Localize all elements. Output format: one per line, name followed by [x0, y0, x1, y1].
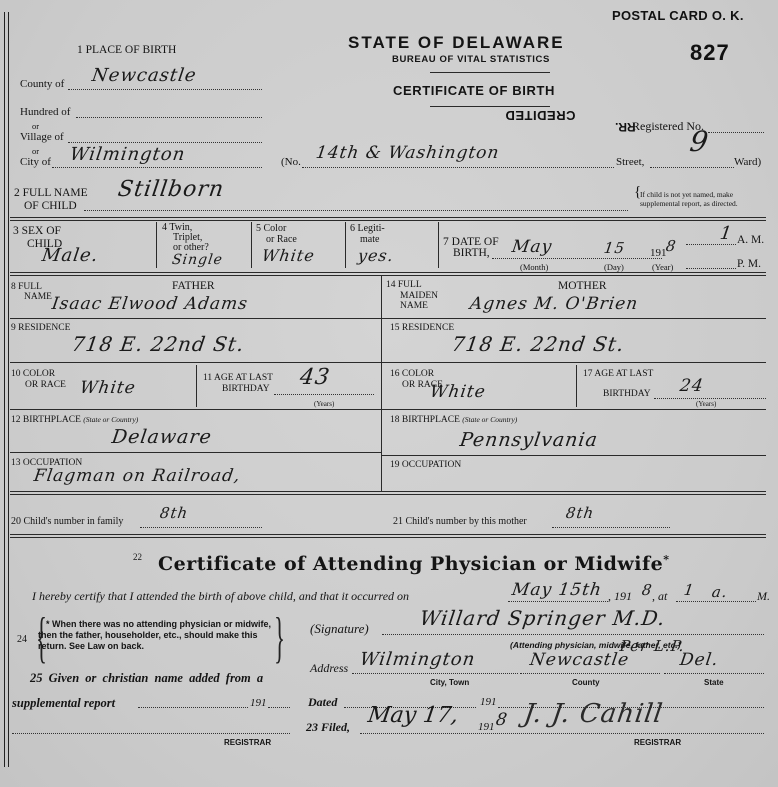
- section-divider: [10, 217, 766, 221]
- mother-row-divider: [382, 318, 766, 319]
- ward-value[interactable]: 9: [689, 132, 711, 152]
- place-of-birth-label: 1 PLACE OF BIRTH: [77, 44, 176, 56]
- village-label: Village of: [20, 131, 64, 143]
- father-row-divider: [10, 318, 381, 319]
- at-label: , at: [652, 589, 667, 604]
- mother-heading: MOTHER: [558, 280, 607, 292]
- occurred-date-line: [508, 601, 608, 602]
- father-age-label-2: BIRTHDAY: [222, 383, 270, 395]
- occurred-meridiem-value[interactable]: a.: [711, 582, 730, 602]
- am-label: A. M.: [737, 234, 764, 246]
- signature-value[interactable]: Willard Springer M.D.: [419, 608, 667, 628]
- supplemental-name-field[interactable]: [138, 707, 248, 708]
- mother-residence-value[interactable]: 718 E. 22nd St.: [451, 334, 626, 354]
- mother-row-divider-4: [382, 455, 766, 456]
- signature-line: [382, 634, 764, 635]
- color-value[interactable]: White: [261, 246, 317, 266]
- postal-card-stamp: POSTAL CARD O. K.: [612, 8, 744, 23]
- name-note-line-1: If child is not yet named, make: [640, 190, 738, 199]
- father-age-value[interactable]: 43: [299, 368, 332, 388]
- mother-age-label: 17 AGE AT LAST: [583, 368, 653, 380]
- address-city-value[interactable]: Wilmington: [359, 650, 477, 670]
- filed-date-value[interactable]: May 17,: [367, 706, 460, 726]
- street-no-label: (No.: [281, 156, 301, 168]
- father-residence-value[interactable]: 718 E. 22nd St.: [71, 334, 246, 354]
- color-label: 5 Color or Race: [256, 223, 297, 245]
- dated-year: 191: [480, 696, 497, 708]
- mother-row-divider-2: [382, 362, 766, 363]
- address-state-value[interactable]: Del.: [679, 650, 720, 670]
- county-field-line: [68, 89, 262, 90]
- credited-stamp: CREDITED: [505, 108, 575, 123]
- mother-number-field-line: [552, 527, 670, 528]
- color-label-1: 5 Color: [256, 223, 297, 234]
- mother-name-label-3: NAME: [386, 301, 438, 312]
- legitimate-label: 6 Legiti- mate: [350, 223, 385, 245]
- father-occupation-value[interactable]: Flagman on Railroad,: [33, 466, 242, 486]
- county-value[interactable]: Newcastle: [91, 66, 198, 86]
- certificate-title: CERTIFICATE OF BIRTH: [393, 83, 555, 98]
- child-number-mother-label: 21 Child's number by this mother: [393, 516, 527, 528]
- header-divider-2: [430, 106, 550, 107]
- state-caption: State: [704, 678, 724, 687]
- child-name-field-line: [84, 210, 628, 211]
- note-25-line-1: 25 Given or christian name added from a: [30, 671, 263, 686]
- occurred-year-prefix: , 191: [608, 589, 632, 604]
- city-label: City of: [20, 156, 51, 168]
- mother-birthplace-value[interactable]: Pennsylvania: [459, 430, 600, 450]
- ward-field-line: [650, 167, 734, 168]
- dob-day[interactable]: 15: [603, 238, 627, 258]
- supplemental-year-field[interactable]: [268, 707, 290, 708]
- father-birthplace-label-text: 12 BIRTHPLACE: [11, 415, 81, 425]
- legitimate-value[interactable]: yes.: [357, 246, 396, 266]
- village-field[interactable]: [68, 142, 262, 143]
- county-label: County of: [20, 78, 64, 90]
- am-field-line: [686, 244, 736, 245]
- mother-row-divider-3: [382, 409, 766, 410]
- birth-time-value[interactable]: 1: [719, 224, 734, 244]
- note-25-year: 191: [250, 697, 267, 709]
- twin-label: 4 Twin, Triplet, or other?: [162, 223, 209, 253]
- street-label: Street,: [616, 156, 644, 168]
- state-title: STATE OF DELAWARE: [348, 33, 565, 53]
- address-county-line: [520, 673, 660, 674]
- father-row-divider-3: [10, 409, 381, 410]
- city-field-line: [52, 167, 262, 168]
- mother-age-value[interactable]: 24: [679, 376, 705, 396]
- asterisk: *: [663, 553, 669, 566]
- mother-birthplace-label: 18 BIRTHPLACE (State or Country): [390, 414, 517, 426]
- name-note: { If child is not yet named, make supple…: [640, 190, 738, 208]
- twin-value[interactable]: Single: [171, 250, 225, 270]
- mother-birthplace-label-text: 18 BIRTHPLACE: [390, 415, 460, 425]
- father-birthplace-sub: (State or Country): [83, 415, 138, 424]
- legit-label-1: 6 Legiti-: [350, 223, 385, 234]
- left-border-line: [4, 12, 5, 767]
- hundred-label: Hundred of: [20, 106, 70, 118]
- pm-field[interactable]: [686, 268, 736, 269]
- supplemental-registrar-caption: REGISTRAR: [224, 738, 271, 747]
- mother-name-label: 14 FULL MAIDEN NAME: [386, 280, 438, 312]
- filed-year-prefix: 191: [478, 721, 495, 733]
- father-heading: FATHER: [172, 280, 215, 292]
- color-label-2: or Race: [256, 234, 297, 245]
- city-caption: City, Town: [430, 678, 469, 687]
- signature-label: (Signature): [310, 621, 369, 637]
- dated-label: Dated: [308, 695, 337, 710]
- dob-field-line: [492, 258, 662, 259]
- mother-residence-label: 15 RESIDENCE: [390, 322, 454, 334]
- m-label: M.: [757, 589, 770, 604]
- father-name-label-2: NAME: [24, 291, 52, 303]
- section-divider-2: [10, 272, 766, 276]
- mother-birthplace-sub: (State or Country): [462, 415, 517, 424]
- note-24-number: 24: [17, 634, 27, 645]
- mother-color-value[interactable]: White: [429, 382, 488, 402]
- child-number-family-label: 20 Child's number in family: [11, 516, 123, 528]
- child-number-mother-value[interactable]: 8th: [565, 503, 596, 523]
- note-25-line-2: supplemental report: [12, 696, 115, 711]
- mother-name-value[interactable]: Agnes M. O'Brien: [469, 294, 640, 314]
- father-color-label-2: OR RACE: [25, 379, 66, 391]
- bureau-title: BUREAU OF VITAL STATISTICS: [392, 54, 550, 65]
- address-county-value[interactable]: Newcastle: [529, 650, 631, 670]
- address-city-line: [352, 673, 518, 674]
- certify-text: I hereby certify that I attended the bir…: [32, 589, 409, 604]
- left-border-line-inner: [8, 12, 9, 767]
- registrar-signature[interactable]: J. J. Cahill: [523, 704, 665, 724]
- child-number-family-value[interactable]: 8th: [159, 503, 190, 523]
- section-divider-3: [10, 491, 766, 495]
- sex-label: 3 SEX OF: [13, 225, 61, 237]
- street-field-line: [302, 167, 614, 168]
- section-divider-4: [10, 534, 766, 538]
- col-divider-3: [345, 222, 346, 268]
- birth-certificate: POSTAL CARD O. K. 827 STATE OF DELAWARE …: [0, 0, 778, 787]
- address-state-line: [664, 673, 764, 674]
- sex-value[interactable]: Male.: [41, 246, 100, 266]
- parents-divider: [381, 276, 382, 491]
- registered-no-field[interactable]: [708, 132, 764, 133]
- family-number-field-line: [140, 527, 262, 528]
- father-residence-label: 9 RESIDENCE: [11, 322, 70, 334]
- city-value[interactable]: Wilmington: [69, 145, 187, 165]
- occurred-date-value[interactable]: May 15th: [511, 580, 604, 600]
- col-divider-2: [251, 222, 252, 268]
- mother-occupation-label: 19 OCCUPATION: [390, 459, 461, 471]
- legit-label-2: mate: [350, 234, 385, 245]
- mother-name-label-2: MAIDEN: [386, 291, 438, 302]
- father-row-divider-4: [10, 452, 381, 453]
- filed-year-suffix[interactable]: 8: [495, 710, 510, 730]
- ward-label: Ward): [734, 156, 761, 168]
- mother-age-divider: [576, 365, 577, 407]
- pm-label: P. M.: [737, 258, 761, 270]
- dob-year-suffix[interactable]: 8: [665, 236, 678, 256]
- right-brace-icon: }: [274, 610, 285, 666]
- street-value[interactable]: 14th & Washington: [315, 143, 501, 163]
- occurred-time-value[interactable]: 1: [683, 580, 696, 600]
- physician-certificate-title: Certificate of Attending Physician or Mi…: [158, 553, 670, 575]
- father-row-divider-2: [10, 362, 381, 363]
- col-divider-4: [438, 222, 439, 268]
- certificate-number: 827: [690, 40, 730, 66]
- address-label: Address: [310, 661, 348, 676]
- child-name-label: 2 FULL NAME: [14, 187, 88, 199]
- mother-age-label-2: BIRTHDAY: [603, 388, 651, 400]
- filed-label: 23 Filed,: [306, 720, 350, 735]
- name-note-line-2: supplemental report, as directed.: [640, 199, 738, 208]
- dob-label-2: BIRTH,: [453, 247, 490, 259]
- supplemental-registrar-line[interactable]: [12, 733, 290, 734]
- father-age-divider: [196, 365, 197, 407]
- county-caption: County: [572, 678, 600, 687]
- father-age-field-line: [274, 394, 374, 395]
- father-color-value[interactable]: White: [79, 378, 138, 398]
- mother-name-label-1: 14 FULL: [386, 280, 438, 291]
- hundred-field[interactable]: [76, 117, 262, 118]
- child-name-value[interactable]: Stillborn: [117, 180, 226, 200]
- physician-title-text: Certificate of Attending Physician or Mi…: [158, 553, 663, 575]
- brace-icon: {: [634, 188, 641, 197]
- father-birthplace-value[interactable]: Delaware: [111, 427, 214, 447]
- child-name-label-2: OF CHILD: [24, 200, 77, 212]
- dob-month[interactable]: May: [511, 237, 554, 257]
- col-divider: [156, 222, 157, 268]
- filed-line: [360, 733, 764, 734]
- physician-section-number: 22: [133, 552, 142, 562]
- registrar-caption: REGISTRAR: [634, 738, 681, 747]
- father-birthplace-label: 12 BIRTHPLACE (State or Country): [11, 414, 138, 426]
- note-24-text: * When there was no attending physician …: [38, 619, 278, 652]
- father-name-value[interactable]: Isaac Elwood Adams: [51, 294, 250, 314]
- header-divider: [430, 72, 550, 73]
